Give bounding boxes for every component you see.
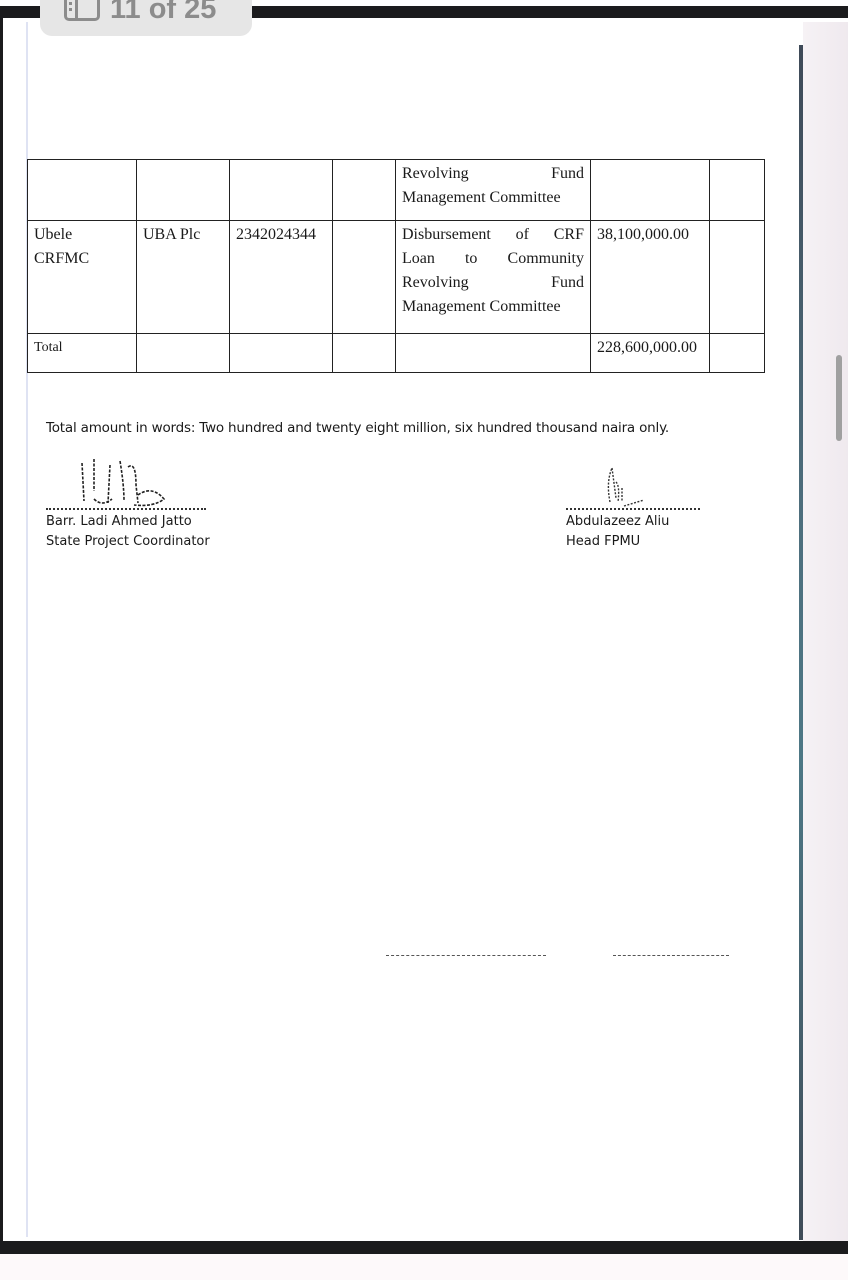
signature-right [596,462,656,514]
cell-blank [710,160,765,221]
total-in-words: Total amount in words: Two hundred and t… [46,420,669,436]
page-layout-icon [64,0,98,22]
signatory-left: Barr. Ladi Ahmed Jatto State Project Coo… [46,508,210,552]
cell-blank [396,334,591,373]
cell-name: Ubele CRFMC [28,221,137,334]
cell-blank [137,334,230,373]
cell-blank [333,334,396,373]
cell-account: 2342024344 [230,221,333,334]
cell-amount: 38,100,000.00 [591,221,710,334]
cell-amount [591,160,710,221]
table-row: Revolving Fund Management Committee [28,160,765,221]
signatory-name: Abdulazeez Aliu [566,512,700,532]
page-indicator[interactable]: 11 of 25 [40,0,252,36]
viewer-bottom-bar [0,1241,848,1254]
cell-account [230,160,333,221]
signatory-title: State Project Coordinator [46,532,210,552]
signature-left [72,455,172,513]
cell-blank [333,221,396,334]
cell-name [28,160,137,221]
cell-description: Disbursement of CRF Loan to Community Re… [396,221,591,334]
scan-margin [803,22,848,1242]
signatory-right: Abdulazeez Aliu Head FPMU [566,508,700,552]
signatory-title: Head FPMU [566,532,700,552]
cell-blank [710,221,765,334]
scrollbar-thumb[interactable] [836,355,842,441]
cell-total-label: Total [28,334,137,373]
cell-bank: UBA Plc [137,221,230,334]
table-row-total: Total 228,600,000.00 [28,334,765,373]
cell-total-amount: 228,600,000.00 [591,334,710,373]
cell-bank [137,160,230,221]
cell-blank [230,334,333,373]
cell-description: Revolving Fund Management Committee [396,160,591,221]
disbursement-table: Revolving Fund Management Committee Ubel… [27,159,765,373]
next-page-preview [0,1254,848,1280]
cell-blank [710,334,765,373]
cell-blank [333,160,396,221]
page-indicator-text: 11 of 25 [110,0,216,22]
signature-line [46,508,206,510]
table-row: Ubele CRFMC UBA Plc 2342024344 Disbursem… [28,221,765,334]
signature-line [566,508,700,510]
signatory-name: Barr. Ladi Ahmed Jatto [46,512,210,532]
scan-artifact-line [613,955,729,956]
scan-edge-right [799,45,803,1240]
scan-artifact-line [386,955,546,956]
